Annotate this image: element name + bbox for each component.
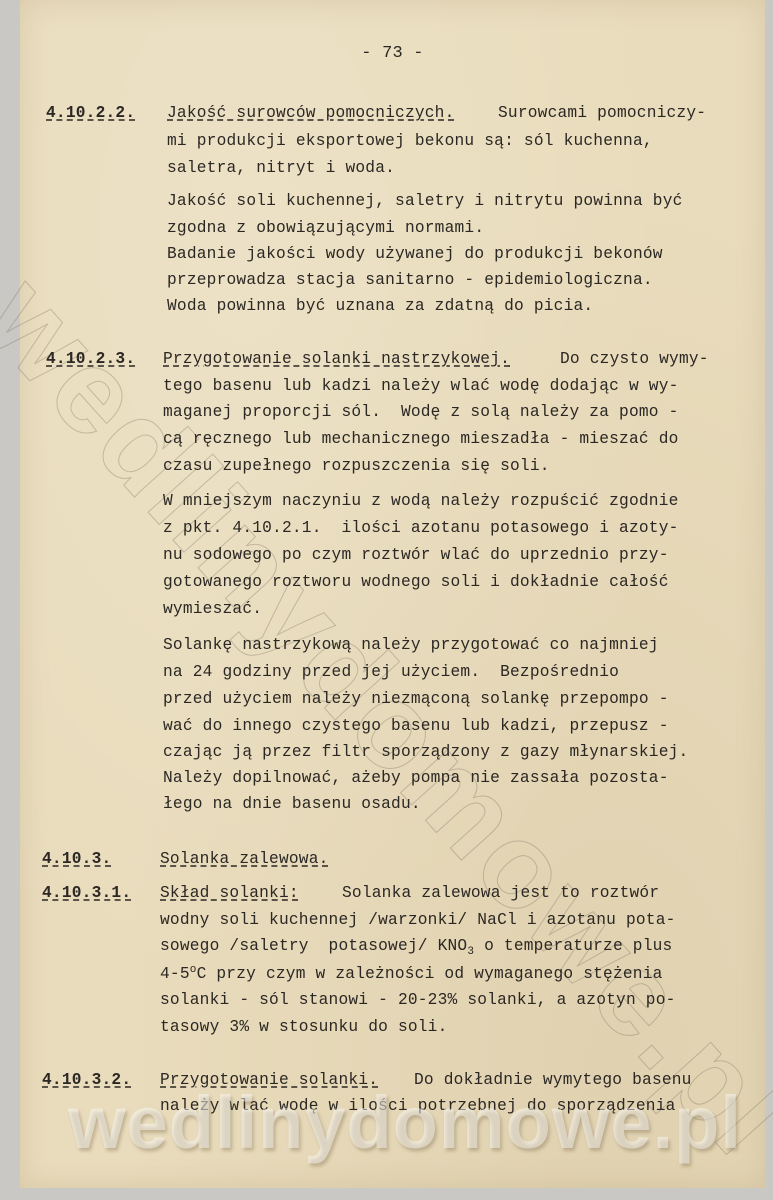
section-title: Skład solanki:	[160, 884, 299, 902]
text-line: solanki - sól stanowi - 20-23% solanki, …	[160, 991, 676, 1009]
section-number: 4.10.2.3.	[46, 350, 135, 368]
text-line: Solankę nastrzykową należy przygotować c…	[163, 636, 659, 654]
text-line: przeprowadza stacja sanitarno - epidemio…	[167, 271, 653, 289]
text-line: z pkt. 4.10.2.1. ilości azotanu potasowe…	[163, 519, 679, 537]
text-line: czając ją przez filtr sporządzony z gazy…	[163, 743, 688, 761]
text-line: Jakość soli kuchennej, saletry i nitrytu…	[167, 192, 683, 210]
text-line: Surowcami pomocniczy-	[498, 104, 706, 122]
text-line: sowego /saletry potasowej/ KNO3 o temper…	[160, 937, 672, 958]
text-line: gotowanego roztworu wodnego soli i dokła…	[163, 573, 669, 591]
text-line: W mniejszym naczyniu z wodą należy rozpu…	[163, 492, 679, 510]
text-fragment: sowego /saletry potasowej/ KNO	[160, 937, 467, 955]
text-line: wać do innego czystego basenu lub kadzi,…	[163, 717, 669, 735]
text-line: przed użyciem należy niezmąconą solankę …	[163, 690, 669, 708]
page-number: - 73 -	[20, 44, 765, 63]
text-line: Badanie jakości wody używanej do produkc…	[167, 245, 663, 263]
text-line: Woda powinna być uznana za zdatną do pic…	[167, 297, 593, 315]
text-line: saletra, nitryt i woda.	[167, 159, 395, 177]
text-line: mi produkcji eksportowej bekonu są: sól …	[167, 132, 653, 150]
text-line: czasu zupełnego rozpuszczenia się soli.	[163, 457, 550, 475]
watermark-bottom: wedlinydomowe.pl	[65, 1080, 745, 1165]
text-line: zgodna z obowiązującymi normami.	[167, 219, 484, 237]
text-line: cą ręcznego lub mechanicznego mieszadła …	[163, 430, 679, 448]
section-title: Przygotowanie solanki nastrzykowej.	[163, 350, 510, 368]
text-line: wodny soli kuchennej /warzonki/ NaCl i a…	[160, 911, 676, 929]
section-number: 4.10.2.2.	[46, 104, 135, 122]
section-number: 4.10.3.	[42, 850, 111, 868]
text-line: Do czysto wymy-	[560, 350, 709, 368]
section-number: 4.10.3.1.	[42, 884, 131, 902]
text-line: tego basenu lub kadzi należy wlać wodę d…	[163, 377, 679, 395]
document-page: wedlinydomowe.pl - 73 - 4.10.2.2. Jakość…	[20, 0, 765, 1188]
text-line: wymieszać.	[163, 600, 262, 618]
superscript: o	[190, 964, 197, 976]
text-line: maganej proporcji sól. Wodę z solą należ…	[163, 403, 679, 421]
text-line: Solanka zalewowa jest to roztwór	[342, 884, 659, 902]
text-line: 4-5oC przy czym w zależności od wymagane…	[160, 964, 663, 983]
section-title: Jakość surowców pomocniczych.	[167, 104, 455, 122]
text-fragment: C przy czym w zależności od wymaganego s…	[197, 965, 663, 983]
text-fragment: o temperaturze plus	[474, 937, 672, 955]
text-line: tasowy 3% w stosunku do soli.	[160, 1018, 448, 1036]
text-line: łego na dnie basenu osadu.	[163, 795, 421, 813]
text-line: na 24 godziny przed jej użyciem. Bezpośr…	[163, 663, 619, 681]
text-line: Należy dopilnować, ażeby pompa nie zassa…	[163, 769, 669, 787]
text-line: nu sodowego po czym roztwór wlać do uprz…	[163, 546, 669, 564]
section-title: Solanka zalewowa.	[160, 850, 329, 868]
text-fragment: 4-5	[160, 965, 190, 983]
